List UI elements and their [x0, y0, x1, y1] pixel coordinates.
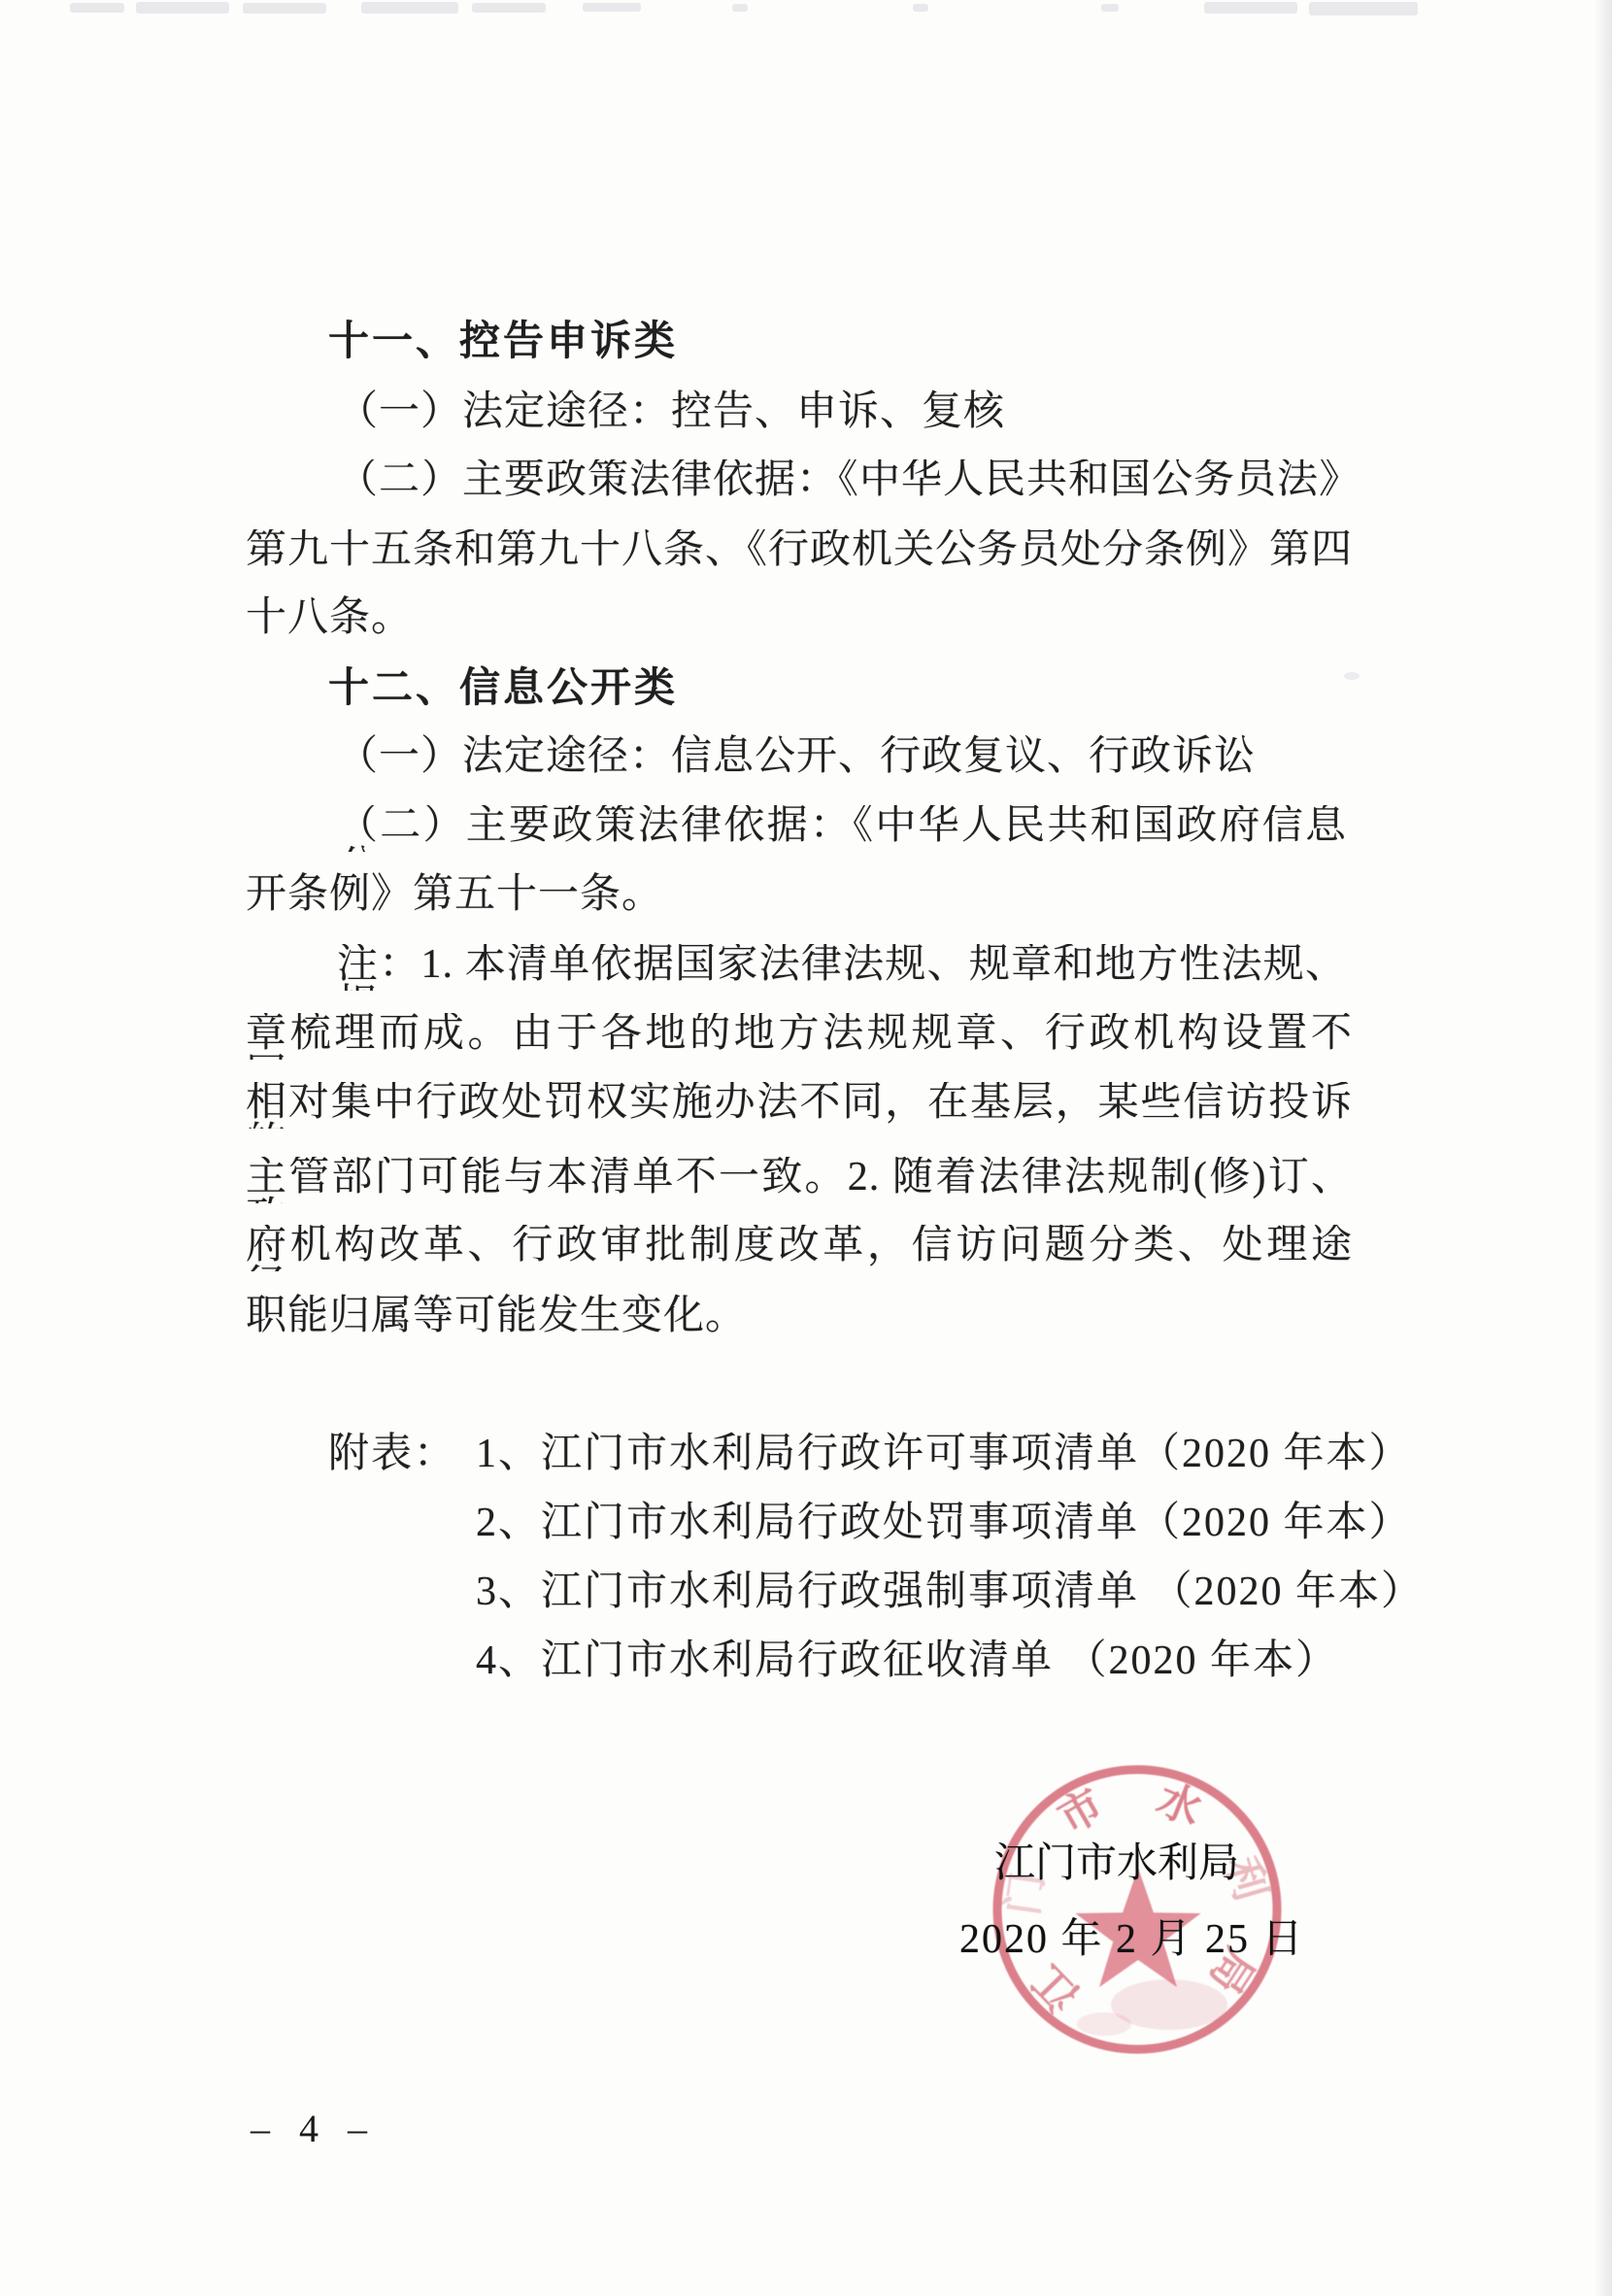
signature-date: 2020 年 2 月 25 日: [959, 1919, 1305, 1960]
scan-artifact: [361, 2, 458, 14]
section-12-line-2: （二）主要政策法律依据：《中华人民共和国政府信息公: [337, 805, 1347, 852]
seal-speckle: [1077, 2012, 1131, 2036]
section-11-line-1: （一）法定途径：控告、申诉、复核: [337, 391, 1005, 432]
scan-artifact: [243, 3, 326, 14]
scan-artifact: [732, 4, 748, 12]
attachment-item-2: 2、江门市水利局行政处罚事项清单（2020 年本）: [476, 1503, 1412, 1543]
note-line-3: 相对集中行政处罚权实施办法不同，在基层，某些信访投诉的: [246, 1082, 1353, 1129]
section-11-line-3: 第九十五条和第九十八条、《行政机关公务员处分条例》第四: [246, 529, 1353, 576]
signature-org: 江门市水利局: [994, 1843, 1239, 1884]
section-12-heading: 十二、信息公开类: [328, 667, 678, 708]
note-line-5: 府机构改革、行政审批制度改革，信访问题分类、处理途径、: [246, 1225, 1353, 1271]
attachments-label: 附表：: [328, 1434, 456, 1474]
seal-char: 江: [1024, 1956, 1089, 2020]
scan-artifact: [1204, 2, 1297, 14]
scan-artifact: [472, 3, 546, 13]
section-11-heading: 十一、控告申诉类: [328, 321, 678, 361]
scan-smudge: [1344, 672, 1360, 680]
scan-artifact: [1101, 4, 1119, 12]
scan-artifact: [136, 2, 229, 14]
page-number: – 4 –: [251, 2106, 377, 2151]
note-line-4: 主管部门可能与本清单不一致。2. 随着法律法规制(修)订、政: [246, 1157, 1353, 1203]
scan-artifact: [70, 3, 124, 13]
section-11-line-4: 十八条。: [246, 597, 413, 638]
section-11-line-2: （二）主要政策法律依据：《中华人民共和国公务员法》: [337, 459, 1347, 506]
official-seal: 江 门 市 水 利 局: [990, 1760, 1287, 2059]
scan-artifact: [583, 3, 641, 12]
attachment-item-4: 4、江门市水利局行政征收清单 （2020 年本）: [476, 1640, 1338, 1681]
section-12-line-3: 开条例》第五十一条。: [246, 874, 663, 915]
note-line-2: 章梳理而成。由于各地的地方法规规章、行政机构设置不同，: [246, 1013, 1353, 1060]
section-12-line-1: （一）法定途径：信息公开、行政复议、行政诉讼: [337, 736, 1256, 777]
attachment-item-1: 1、江门市水利局行政许可事项清单（2020 年本）: [476, 1434, 1412, 1474]
note-line-1: 注：1. 本清单依据国家法律法规、规章和地方性法规、规: [337, 944, 1347, 991]
scan-edge-shade: [1595, 0, 1612, 2296]
note-line-6: 职能归属等可能发生变化。: [246, 1296, 747, 1336]
document-page: 十一、控告申诉类 （一）法定途径：控告、申诉、复核 （二）主要政策法律依据：《中…: [0, 0, 1612, 2296]
attachment-item-3: 3、江门市水利局行政强制事项清单 （2020 年本）: [476, 1571, 1424, 1612]
scan-artifact: [913, 4, 928, 12]
scan-artifact: [1309, 2, 1418, 16]
